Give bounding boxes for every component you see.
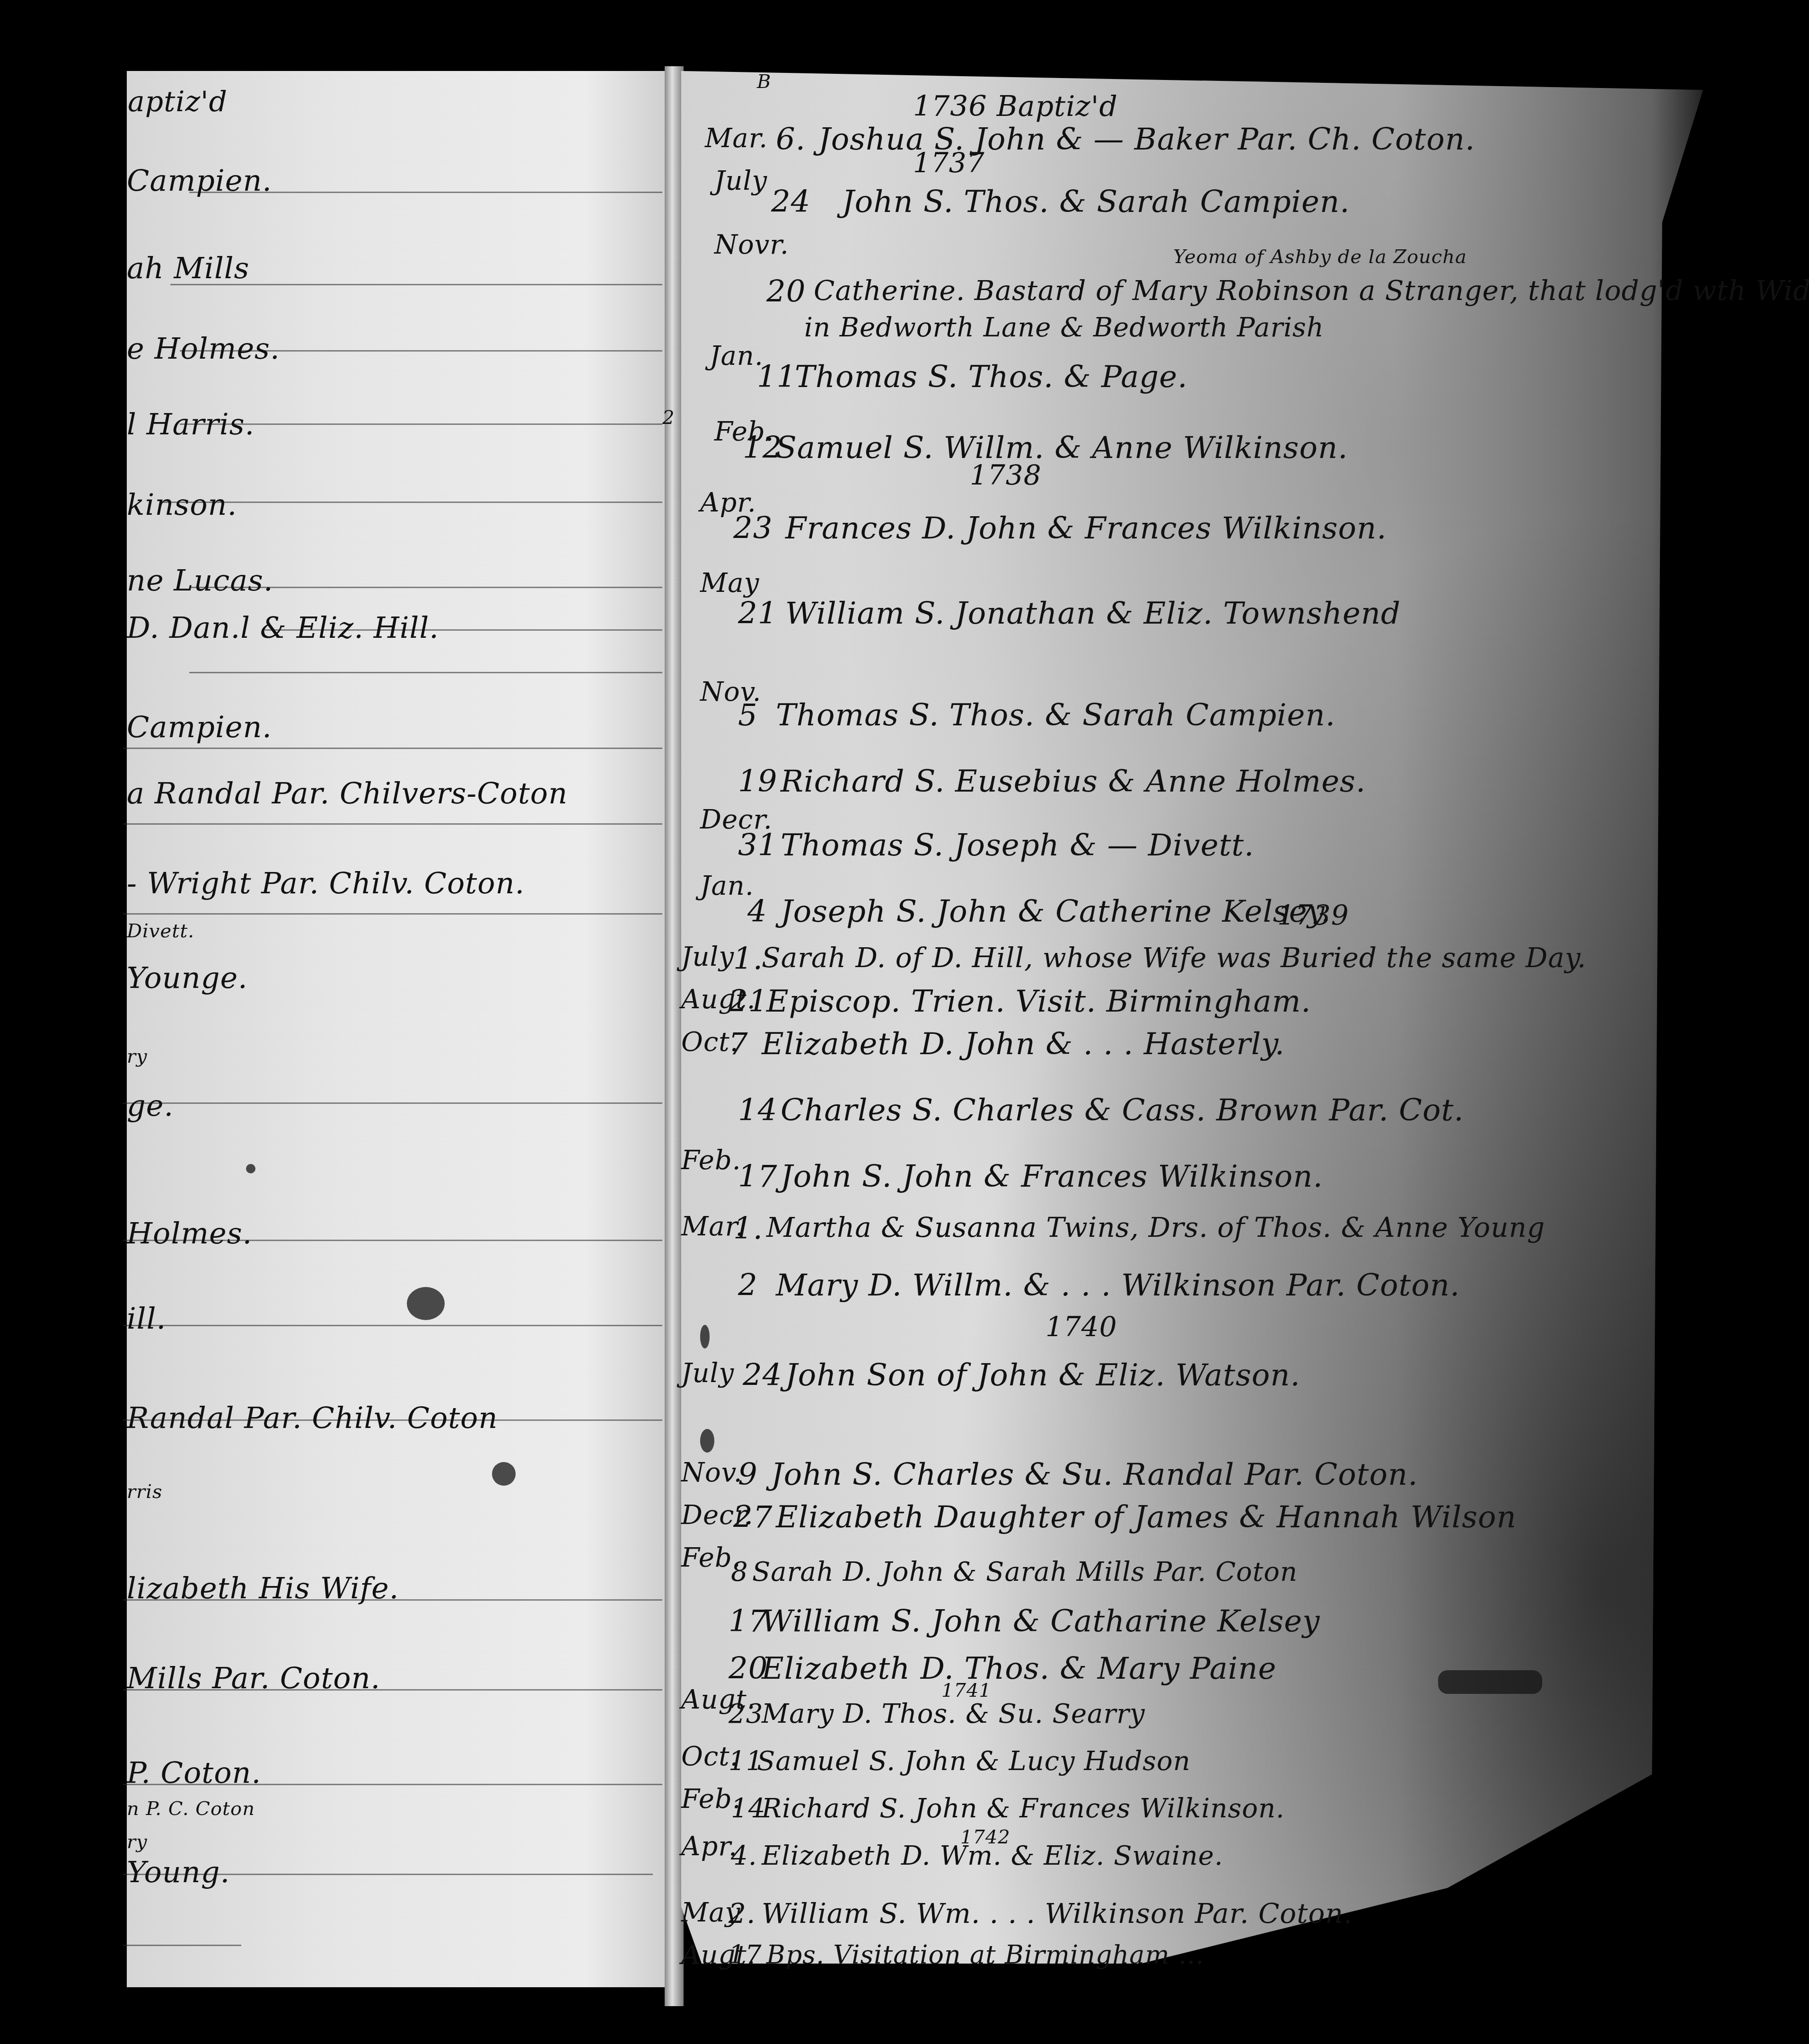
entry-text: Samuel S. Willm. & Anne Wilkinson. bbox=[776, 431, 1348, 466]
ink-blot bbox=[700, 1429, 714, 1453]
entry-day: 2 bbox=[738, 1268, 758, 1303]
entry-day: 11 bbox=[757, 360, 796, 395]
ruled-line bbox=[123, 1102, 662, 1104]
entry-day: 21 bbox=[738, 596, 777, 631]
entry-month: July bbox=[681, 942, 734, 972]
left-entry: Randal Par. Chilv. Coton bbox=[127, 1401, 498, 1435]
entry-month: July bbox=[681, 1358, 734, 1389]
ink-smear bbox=[1438, 1670, 1542, 1694]
entry-text: Samuel S. John & Lucy Hudson bbox=[757, 1746, 1191, 1777]
entry-text: Mary D. Thos. & Su. Searry bbox=[762, 1699, 1145, 1729]
left-page-heading: aptiz'd bbox=[128, 85, 228, 118]
ink-blot bbox=[492, 1462, 516, 1486]
entry-day: 20 bbox=[766, 274, 806, 309]
entry-text: Episcop. Trien. Visit. Birmingham. bbox=[766, 984, 1311, 1019]
left-entry: a Randal Par. Chilvers-Coton bbox=[127, 776, 568, 811]
entry-day: 4 bbox=[747, 894, 767, 929]
left-entry: Mills Par. Coton. bbox=[127, 1661, 380, 1695]
year-header: 1738 bbox=[970, 459, 1042, 491]
left-entry: lizabeth His Wife. bbox=[127, 1571, 399, 1605]
left-entry: ry bbox=[127, 1046, 148, 1067]
entry-text: Richard S. John & Frances Wilkinson. bbox=[762, 1793, 1285, 1824]
entry-month: Nov. bbox=[681, 1457, 743, 1488]
entry-continuation: in Bedworth Lane & Bedworth Parish bbox=[804, 312, 1324, 343]
entry-day: 4. bbox=[731, 1841, 757, 1871]
left-entry: Holmes. bbox=[127, 1216, 252, 1251]
left-entry: ill. bbox=[127, 1301, 166, 1336]
left-entry: e Holmes. bbox=[127, 331, 280, 366]
left-entry: - Wright Par. Chilv. Coton. bbox=[127, 866, 525, 900]
entry-text: Martha & Susanna Twins, Drs. of Thos. & … bbox=[766, 1211, 1545, 1243]
entry-month: July bbox=[714, 166, 767, 196]
year-header: 1739 bbox=[1277, 899, 1349, 931]
entry-text: Richard S. Eusebius & Anne Holmes. bbox=[781, 764, 1366, 799]
entry-text: Sarah D. John & Sarah Mills Par. Coton bbox=[752, 1557, 1298, 1587]
entry-month: Novr. bbox=[714, 229, 789, 260]
left-entry: ne Lucas. bbox=[127, 563, 273, 598]
entry-text: William S. Wm. . . . Wilkinson Par. Coto… bbox=[762, 1897, 1352, 1929]
entry-text: Thomas S. Thos. & Page. bbox=[795, 360, 1188, 395]
entry-day: 1. bbox=[733, 942, 763, 977]
entry-day: 5 bbox=[738, 698, 758, 733]
entry-month: May bbox=[700, 568, 759, 599]
left-entry: l Harris. bbox=[127, 407, 255, 441]
ruled-line bbox=[123, 748, 662, 749]
ink-blot bbox=[407, 1287, 445, 1320]
left-entry: Younge. bbox=[127, 960, 248, 995]
left-entry: n P. C. Coton bbox=[127, 1798, 255, 1820]
book-spine bbox=[665, 66, 684, 2006]
entry-day: 14 bbox=[738, 1093, 777, 1128]
entry-month: Apr. bbox=[681, 1831, 738, 1862]
entry-day: 17 bbox=[729, 1940, 762, 1970]
left-entry: ge. bbox=[127, 1088, 174, 1123]
year-header: 1740 bbox=[1045, 1311, 1117, 1343]
entry-day: 21 bbox=[729, 984, 768, 1019]
entry-month: Jan. bbox=[710, 341, 764, 371]
ruled-line bbox=[189, 672, 662, 673]
entry-day: 31 bbox=[738, 828, 777, 863]
interlinear-note: Yeoma of Ashby de la Zoucha bbox=[1173, 246, 1467, 268]
year-header: 1737 bbox=[913, 147, 985, 179]
right-page-heading: 1736 Baptiz'd bbox=[913, 90, 1118, 123]
entry-day: 17 bbox=[738, 1159, 777, 1194]
ruled-line bbox=[123, 1325, 662, 1326]
left-entry: rris bbox=[127, 1481, 163, 1503]
left-entry: Campien. bbox=[127, 710, 272, 744]
entry-text: Charles S. Charles & Cass. Brown Par. Co… bbox=[781, 1093, 1464, 1128]
entry-text: Sarah D. of D. Hill, whose Wife was Buri… bbox=[762, 942, 1586, 974]
entry-text: Elizabeth D. John & . . . Hasterly. bbox=[762, 1027, 1285, 1062]
ink-blot bbox=[700, 1325, 710, 1348]
left-entry: Divett. bbox=[127, 920, 194, 942]
entry-day: 27 bbox=[733, 1500, 773, 1535]
entry-day: 24 bbox=[771, 185, 810, 220]
entry-day: 2. bbox=[729, 1897, 755, 1929]
page-marker: B bbox=[757, 71, 771, 93]
ruled-line bbox=[123, 1945, 241, 1946]
entry-day: 8 bbox=[731, 1557, 748, 1587]
entry-day: 23 bbox=[729, 1699, 763, 1729]
entry-text: Catherine. Bastard of Mary Robinson a St… bbox=[814, 274, 1809, 307]
entry-day: 6. bbox=[776, 122, 806, 157]
left-entry: ah Mills bbox=[127, 251, 249, 285]
entry-month: Mar. bbox=[705, 123, 768, 154]
left-entry: ry bbox=[127, 1831, 148, 1853]
entry-day: 24 bbox=[743, 1358, 782, 1393]
entry-day: 9 bbox=[738, 1457, 758, 1492]
ruled-line bbox=[123, 823, 662, 825]
entry-day: 1. bbox=[733, 1211, 763, 1246]
left-entry: Young. bbox=[127, 1855, 230, 1889]
ink-spot bbox=[246, 1164, 255, 1173]
entry-day: 19 bbox=[738, 764, 777, 799]
entry-text: John S. John & Frances Wilkinson. bbox=[781, 1159, 1323, 1194]
entry-month: Jan. bbox=[700, 871, 754, 901]
entry-text: Frances D. John & Frances Wilkinson. bbox=[785, 511, 1387, 546]
entry-text: Mary D. Willm. & . . . Wilkinson Par. Co… bbox=[776, 1268, 1460, 1303]
entry-text: Elizabeth D. Wm. & Eliz. Swaine. bbox=[762, 1841, 1223, 1871]
ruled-line bbox=[123, 913, 662, 915]
entry-text: Elizabeth Daughter of James & Hannah Wil… bbox=[776, 1500, 1517, 1535]
margin-number: 2 bbox=[662, 407, 675, 429]
left-entry: D. Dan.l & Eliz. Hill. bbox=[127, 610, 439, 645]
entry-text: Elizabeth D. Thos. & Mary Paine bbox=[762, 1651, 1276, 1686]
entry-day: 14 bbox=[731, 1793, 765, 1824]
entry-text: William S. Jonathan & Eliz. Townshend bbox=[785, 596, 1401, 631]
entry-text: William S. John & Catharine Kelsey bbox=[762, 1604, 1320, 1639]
entry-text: Bps. Visitation at Birmingham ... bbox=[766, 1940, 1204, 1970]
entry-text: John S. Charles & Su. Randal Par. Coton. bbox=[771, 1457, 1418, 1492]
left-entry: Campien. bbox=[127, 163, 272, 198]
entry-day: 23 bbox=[733, 511, 773, 546]
scanned-register-image: aptiz'd Campien. ah Mills e Holmes. l Ha… bbox=[0, 0, 1809, 2044]
entry-month: Feb. bbox=[681, 1145, 741, 1176]
left-entry: P. Coton. bbox=[127, 1755, 261, 1790]
entry-text: Thomas S. Thos. & Sarah Campien. bbox=[776, 698, 1335, 733]
entry-text: John Son of John & Eliz. Watson. bbox=[785, 1358, 1300, 1393]
left-entry: kinson. bbox=[127, 487, 237, 522]
entry-text: John S. Thos. & Sarah Campien. bbox=[842, 185, 1350, 220]
entry-day: 7 bbox=[729, 1027, 748, 1062]
entry-text: Thomas S. Joseph & — Divett. bbox=[781, 828, 1254, 863]
entry-text: Joseph S. John & Catherine Kelsey. bbox=[781, 894, 1331, 929]
